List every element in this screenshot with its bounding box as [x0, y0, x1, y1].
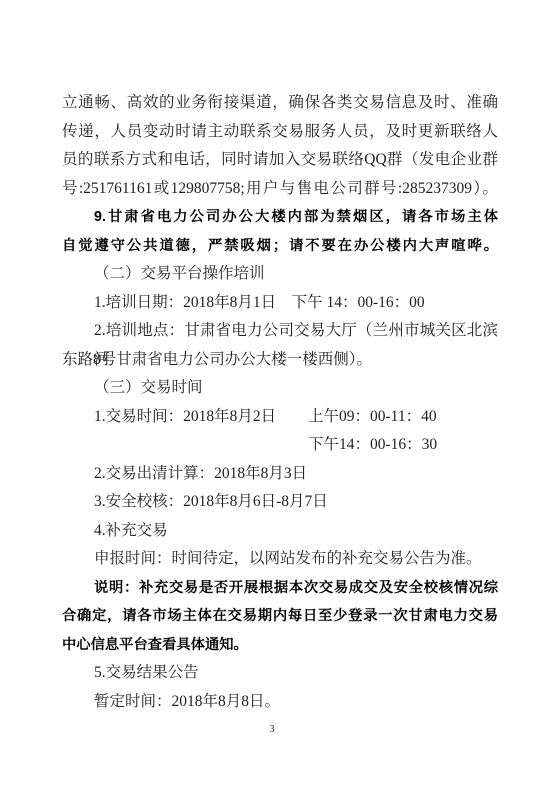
page-number: 3 [0, 724, 544, 735]
supplementary-trade-line: 4.补充交易 [62, 517, 498, 546]
text-line: 合确定，请各市场主体在交易期内每日至少登录一次甘肃电力交易 [62, 602, 498, 631]
trade-time-afternoon: 下午14：00-16：30 [62, 431, 498, 460]
document-body: 立通畅、高效的业务衔接渠道，确保各类交易信息及时、准确 传递，人员变动时请主动联… [62, 89, 498, 716]
text-line: 2.培训地点：甘肃省电力公司交易大厅（兰州市城关区北滨河 [62, 317, 498, 346]
heading-section-2-training: （二）交易平台操作培训 [62, 260, 498, 289]
tentative-time-line: 暂定时间：2018年8月8日。 [62, 688, 498, 717]
trade-time-label: 1.交易时间：2018年8月2日 [94, 408, 276, 425]
text-line: 说明：补充交易是否开展根据本次交易成交及安全校核情况综 [62, 574, 498, 603]
text-line: 9.甘肃省电力公司办公大楼内部为禁烟区，请各市场主体 [62, 203, 498, 232]
paragraph-training-location: 2.培训地点：甘肃省电力公司交易大厅（兰州市城关区北滨河 东路8号甘肃省电力公司… [62, 317, 498, 374]
text-line: 自觉遵守公共道德，严禁吸烟；请不要在办公楼内大声喧哗。 [62, 232, 498, 261]
paragraph-contact-continuation: 立通畅、高效的业务衔接渠道，确保各类交易信息及时、准确 传递，人员变动时请主动联… [62, 89, 498, 203]
paragraph-supplementary-note: 说明：补充交易是否开展根据本次交易成交及安全校核情况综 合确定，请各市场主体在交… [62, 574, 498, 660]
trade-time-line: 1.交易时间：2018年8月2日 上午09：00-11：40 [62, 403, 498, 432]
text-line: 号:251761161或129807758;用户与售电公司群号:28523730… [62, 175, 498, 204]
text-line: 中心信息平台查看具体通知。 [62, 631, 498, 660]
document-page: 立通畅、高效的业务衔接渠道，确保各类交易信息及时、准确 传递，人员变动时请主动联… [0, 0, 560, 792]
declaration-time-line: 申报时间：时间待定，以网站发布的补充交易公告为准。 [62, 545, 498, 574]
security-check-line: 3.安全校核：2018年8月6日-8月7日 [62, 488, 498, 517]
paragraph-no-smoking-notice: 9.甘肃省电力公司办公大楼内部为禁烟区，请各市场主体 自觉遵守公共道德，严禁吸烟… [62, 203, 498, 260]
training-date-line: 1.培训日期：2018年8月1日 下午 14：00-16：00 [62, 289, 498, 318]
heading-section-3-trade-time: （三）交易时间 [62, 374, 498, 403]
result-announcement-line: 5.交易结果公告 [62, 659, 498, 688]
clearing-calculation-line: 2.交易出清计算：2018年8月3日 [62, 460, 498, 489]
text-line: 员的联系方式和电话，同时请加入交易联络QQ群（发电企业群 [62, 146, 498, 175]
text-line: 立通畅、高效的业务衔接渠道，确保各类交易信息及时、准确 [62, 89, 498, 118]
text-line: 东路8号甘肃省电力公司办公大楼一楼西侧）。 [62, 346, 498, 375]
text-line: 传递，人员变动时请主动联系交易服务人员，及时更新联络人 [62, 118, 498, 147]
trade-time-morning: 上午09：00-11：40 [308, 403, 437, 432]
